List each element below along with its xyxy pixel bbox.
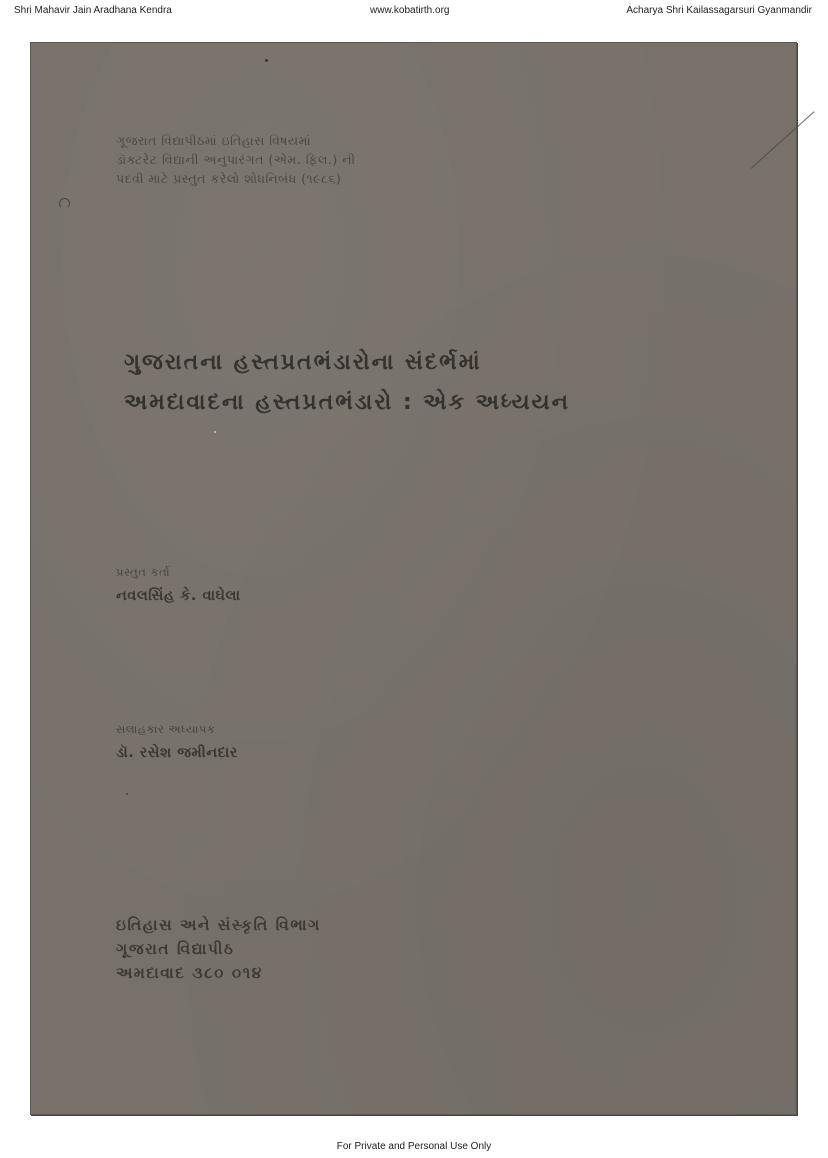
- guide-label: સલાહકાર અધ્યાપક: [116, 722, 216, 737]
- header-right-text: Acharya Shri Kailassagarsuri Gyanmandir: [626, 5, 812, 16]
- ring-stain-mark: [59, 198, 70, 209]
- thesis-title-line: અમદાવાદના હસ્તપ્રતભંડારો : એક અધ્યયન: [124, 383, 570, 423]
- paper-speck: [214, 431, 216, 433]
- degree-note: ગૂજરાત વિદ્યાપીઠમાં ઇતિહાસ વિષયમાં ડૉક્ટ…: [116, 131, 356, 188]
- author-name: નવલસિંહ કે. વાઘેલા: [116, 588, 241, 604]
- guide-name: ડૉ. રસેશ જમીનદાર: [116, 745, 238, 761]
- thesis-title: ગુજરાતના હસ્તપ્રતભંડારોના સંદર્ભમાં અમદા…: [124, 343, 570, 423]
- header-website-link[interactable]: www.kobatirth.org: [370, 5, 449, 16]
- publisher-info: ઇતિહાસ અને સંસ્કૃતિ વિભાગ ગૂજરાત વિદ્યાપ…: [116, 913, 321, 985]
- degree-note-line: ડૉક્ટરેટ વિદ્યાની અનુપારંગત (એમ. ફિલ.) ન…: [116, 150, 356, 169]
- scanned-cover-page: ગૂજરાત વિદ્યાપીઠમાં ઇતિહાસ વિષયમાં ડૉક્ટ…: [30, 42, 797, 1115]
- thesis-title-line: ગુજરાતના હસ્તપ્રતભંડારોના સંદર્ભમાં: [124, 343, 570, 383]
- publisher-line: ઇતિહાસ અને સંસ્કૃતિ વિભાગ: [116, 913, 321, 937]
- header-left-text: Shri Mahavir Jain Aradhana Kendra: [14, 5, 172, 16]
- paper-speck: [126, 793, 128, 795]
- degree-note-line: પદવી માટે પ્રસ્તુત કરેલો શોધનિબંધ (૧૯૮૬): [116, 169, 356, 188]
- footer-notice: For Private and Personal Use Only: [0, 1141, 828, 1152]
- ink-speck: [265, 59, 268, 62]
- scratch-mark: [751, 111, 815, 169]
- author-label: પ્રસ્તુત કર્તા: [116, 565, 170, 580]
- publisher-line: ગૂજરાત વિદ્યાપીઠ: [116, 937, 321, 961]
- publisher-line: અમદાવાદ ૩૮૦ ૦૧૪: [116, 961, 321, 985]
- degree-note-line: ગૂજરાત વિદ્યાપીઠમાં ઇતિહાસ વિષયમાં: [116, 131, 356, 150]
